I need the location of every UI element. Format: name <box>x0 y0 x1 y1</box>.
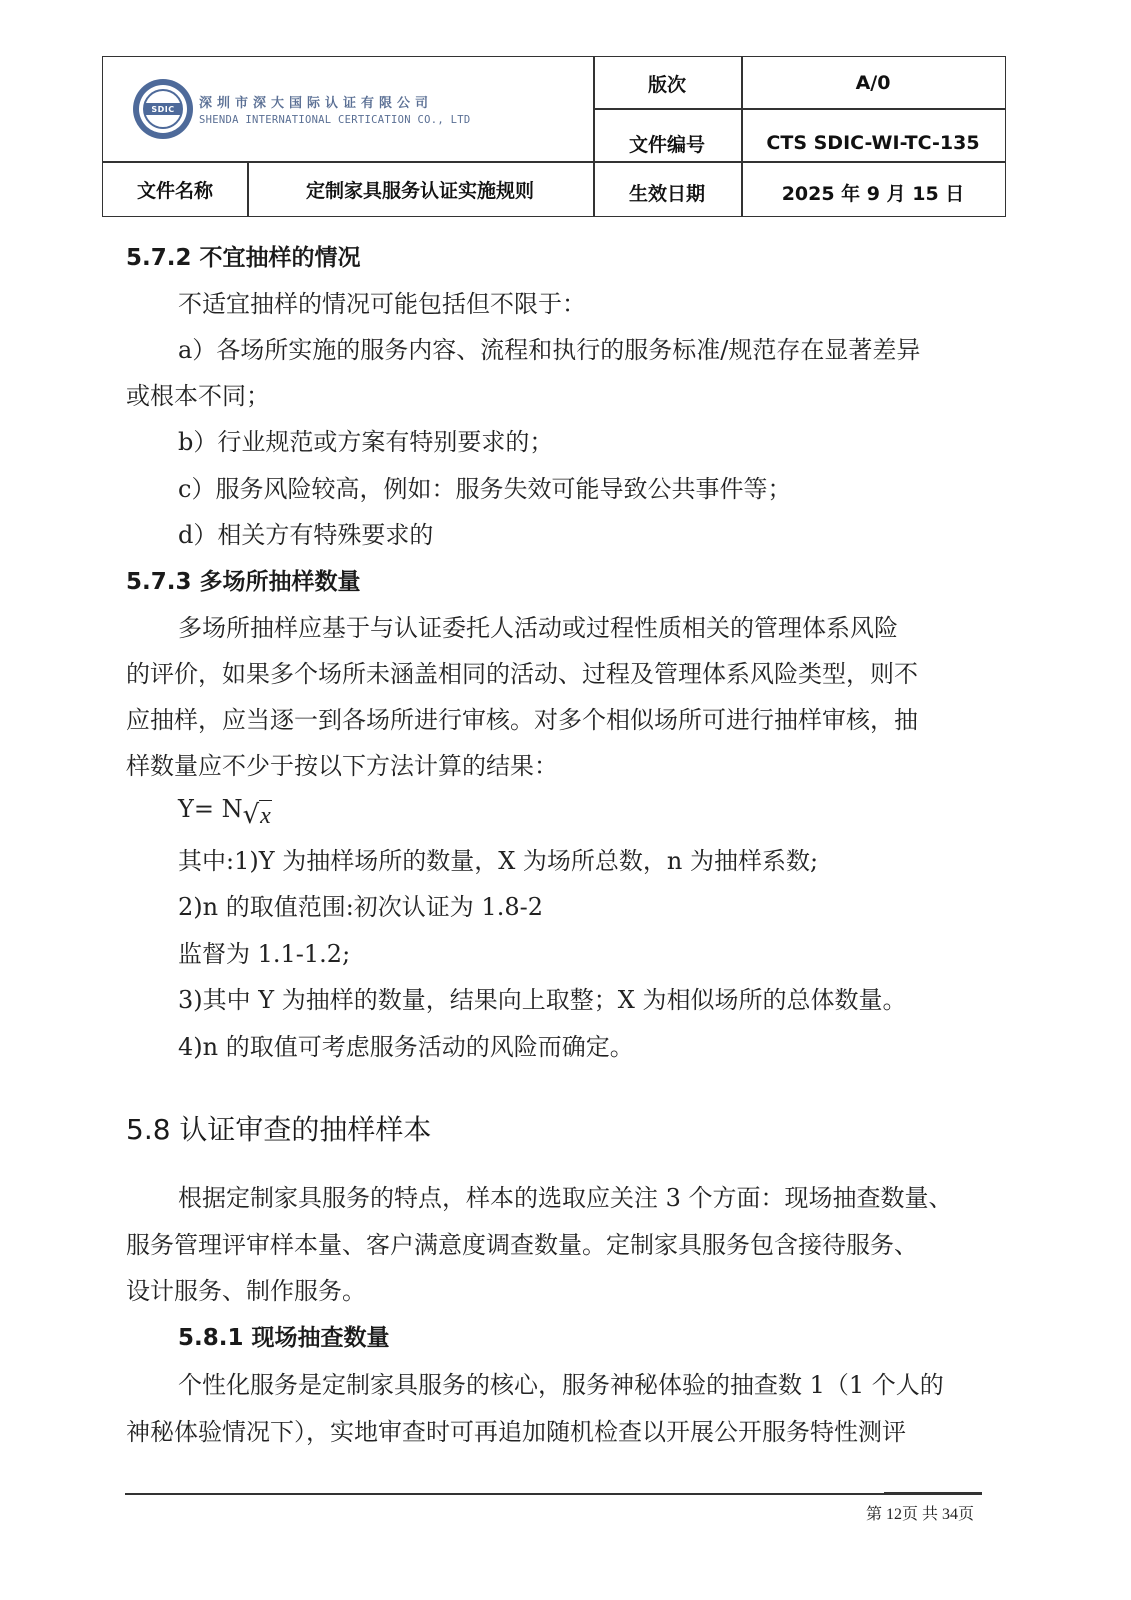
paragraph: 神秘体验情况下），实地审查时可再追加随机检查以开展公开服务特性测评 <box>126 1417 906 1447</box>
section-heading-5-8: 5.8 认证审查的抽样样本 <box>126 1115 431 1145</box>
section-heading-5-7-3: 5.7.3 多场所抽样数量 <box>126 567 361 597</box>
paragraph: 设计服务、制作服务。 <box>126 1276 366 1306</box>
document-header-table: SDIC 深圳市深大国际认证有限公司 SHENDA INTERNATIONAL … <box>102 56 1006 217</box>
version-label: 版次 <box>593 57 741 109</box>
list-item-c: c）服务风险较高，例如：服务失效可能导致公共事件等； <box>178 474 791 504</box>
formula-note-2: 2)n 的取值范围:初次认证为 1.8-2 <box>178 892 543 922</box>
effective-date-label: 生效日期 <box>593 161 741 223</box>
company-logo-icon: SDIC <box>133 79 193 139</box>
doc-name-value: 定制家具服务认证实施规则 <box>247 161 593 217</box>
sqrt-icon: √ <box>243 800 260 830</box>
company-name-cn: 深圳市深大国际认证有限公司 <box>199 92 470 111</box>
list-item-d: d）相关方有特殊要求的 <box>178 520 433 550</box>
formula-note-4: 4)n 的取值可考虑服务活动的风险而确定。 <box>178 1032 634 1062</box>
formula-note-2b: 监督为 1.1-1.2; <box>178 939 350 969</box>
paragraph: 个性化服务是定制家具服务的核心，服务神秘体验的抽查数 1（1 个人的 <box>178 1370 944 1400</box>
footer-divider <box>125 1493 982 1495</box>
list-item-a: a）各场所实施的服务内容、流程和执行的服务标准/规范存在显著差异 <box>178 335 920 365</box>
page-number: 第 12页 共 34页 <box>866 1501 974 1524</box>
footer-divider-accent <box>884 1492 982 1495</box>
doc-name-label: 文件名称 <box>103 161 247 217</box>
section-heading-5-7-2: 5.7.2 不宜抽样的情况 <box>126 243 361 273</box>
effective-date-value: 2025 年 9 月 15 日 <box>741 161 1005 223</box>
version-value: A/0 <box>741 57 1005 109</box>
formula-note-3: 3)其中 Y 为抽样的数量，结果向上取整；X 为相似场所的总体数量。 <box>178 985 906 1015</box>
paragraph: 根据定制家具服务的特点，样本的选取应关注 3 个方面：现场抽查数量、 <box>178 1183 953 1213</box>
list-item-a-cont: 或根本不同； <box>126 381 270 411</box>
doc-number-value: CTS SDIC-WI-TC-135 <box>741 109 1005 169</box>
section-heading-5-8-1: 5.8.1 现场抽查数量 <box>178 1323 390 1353</box>
paragraph: 不适宜抽样的情况可能包括但不限于： <box>178 289 586 319</box>
paragraph: 服务管理评审样本量、客户满意度调查数量。定制家具服务包含接待服务、 <box>126 1230 918 1260</box>
paragraph: 应抽样，应当逐一到各场所进行审核。对多个相似场所可进行抽样审核，抽 <box>126 705 918 735</box>
company-branding: SDIC 深圳市深大国际认证有限公司 SHENDA INTERNATIONAL … <box>133 79 470 139</box>
company-name-en: SHENDA INTERNATIONAL CERTICATION CO., LT… <box>199 114 470 126</box>
paragraph: 样数量应不少于按以下方法计算的结果： <box>126 751 558 781</box>
list-item-b: b）行业规范或方案有特别要求的； <box>178 427 553 457</box>
paragraph: 的评价，如果多个场所未涵盖相同的活动、过程及管理体系风险类型，则不 <box>126 659 918 689</box>
formula-note-1: 其中:1)Y 为抽样场所的数量，X 为场所总数，n 为抽样系数; <box>178 846 818 876</box>
sampling-formula: Y= N√x <box>178 794 272 825</box>
doc-number-label: 文件编号 <box>593 109 741 169</box>
paragraph: 多场所抽样应基于与认证委托人活动或过程性质相关的管理体系风险 <box>178 613 898 643</box>
